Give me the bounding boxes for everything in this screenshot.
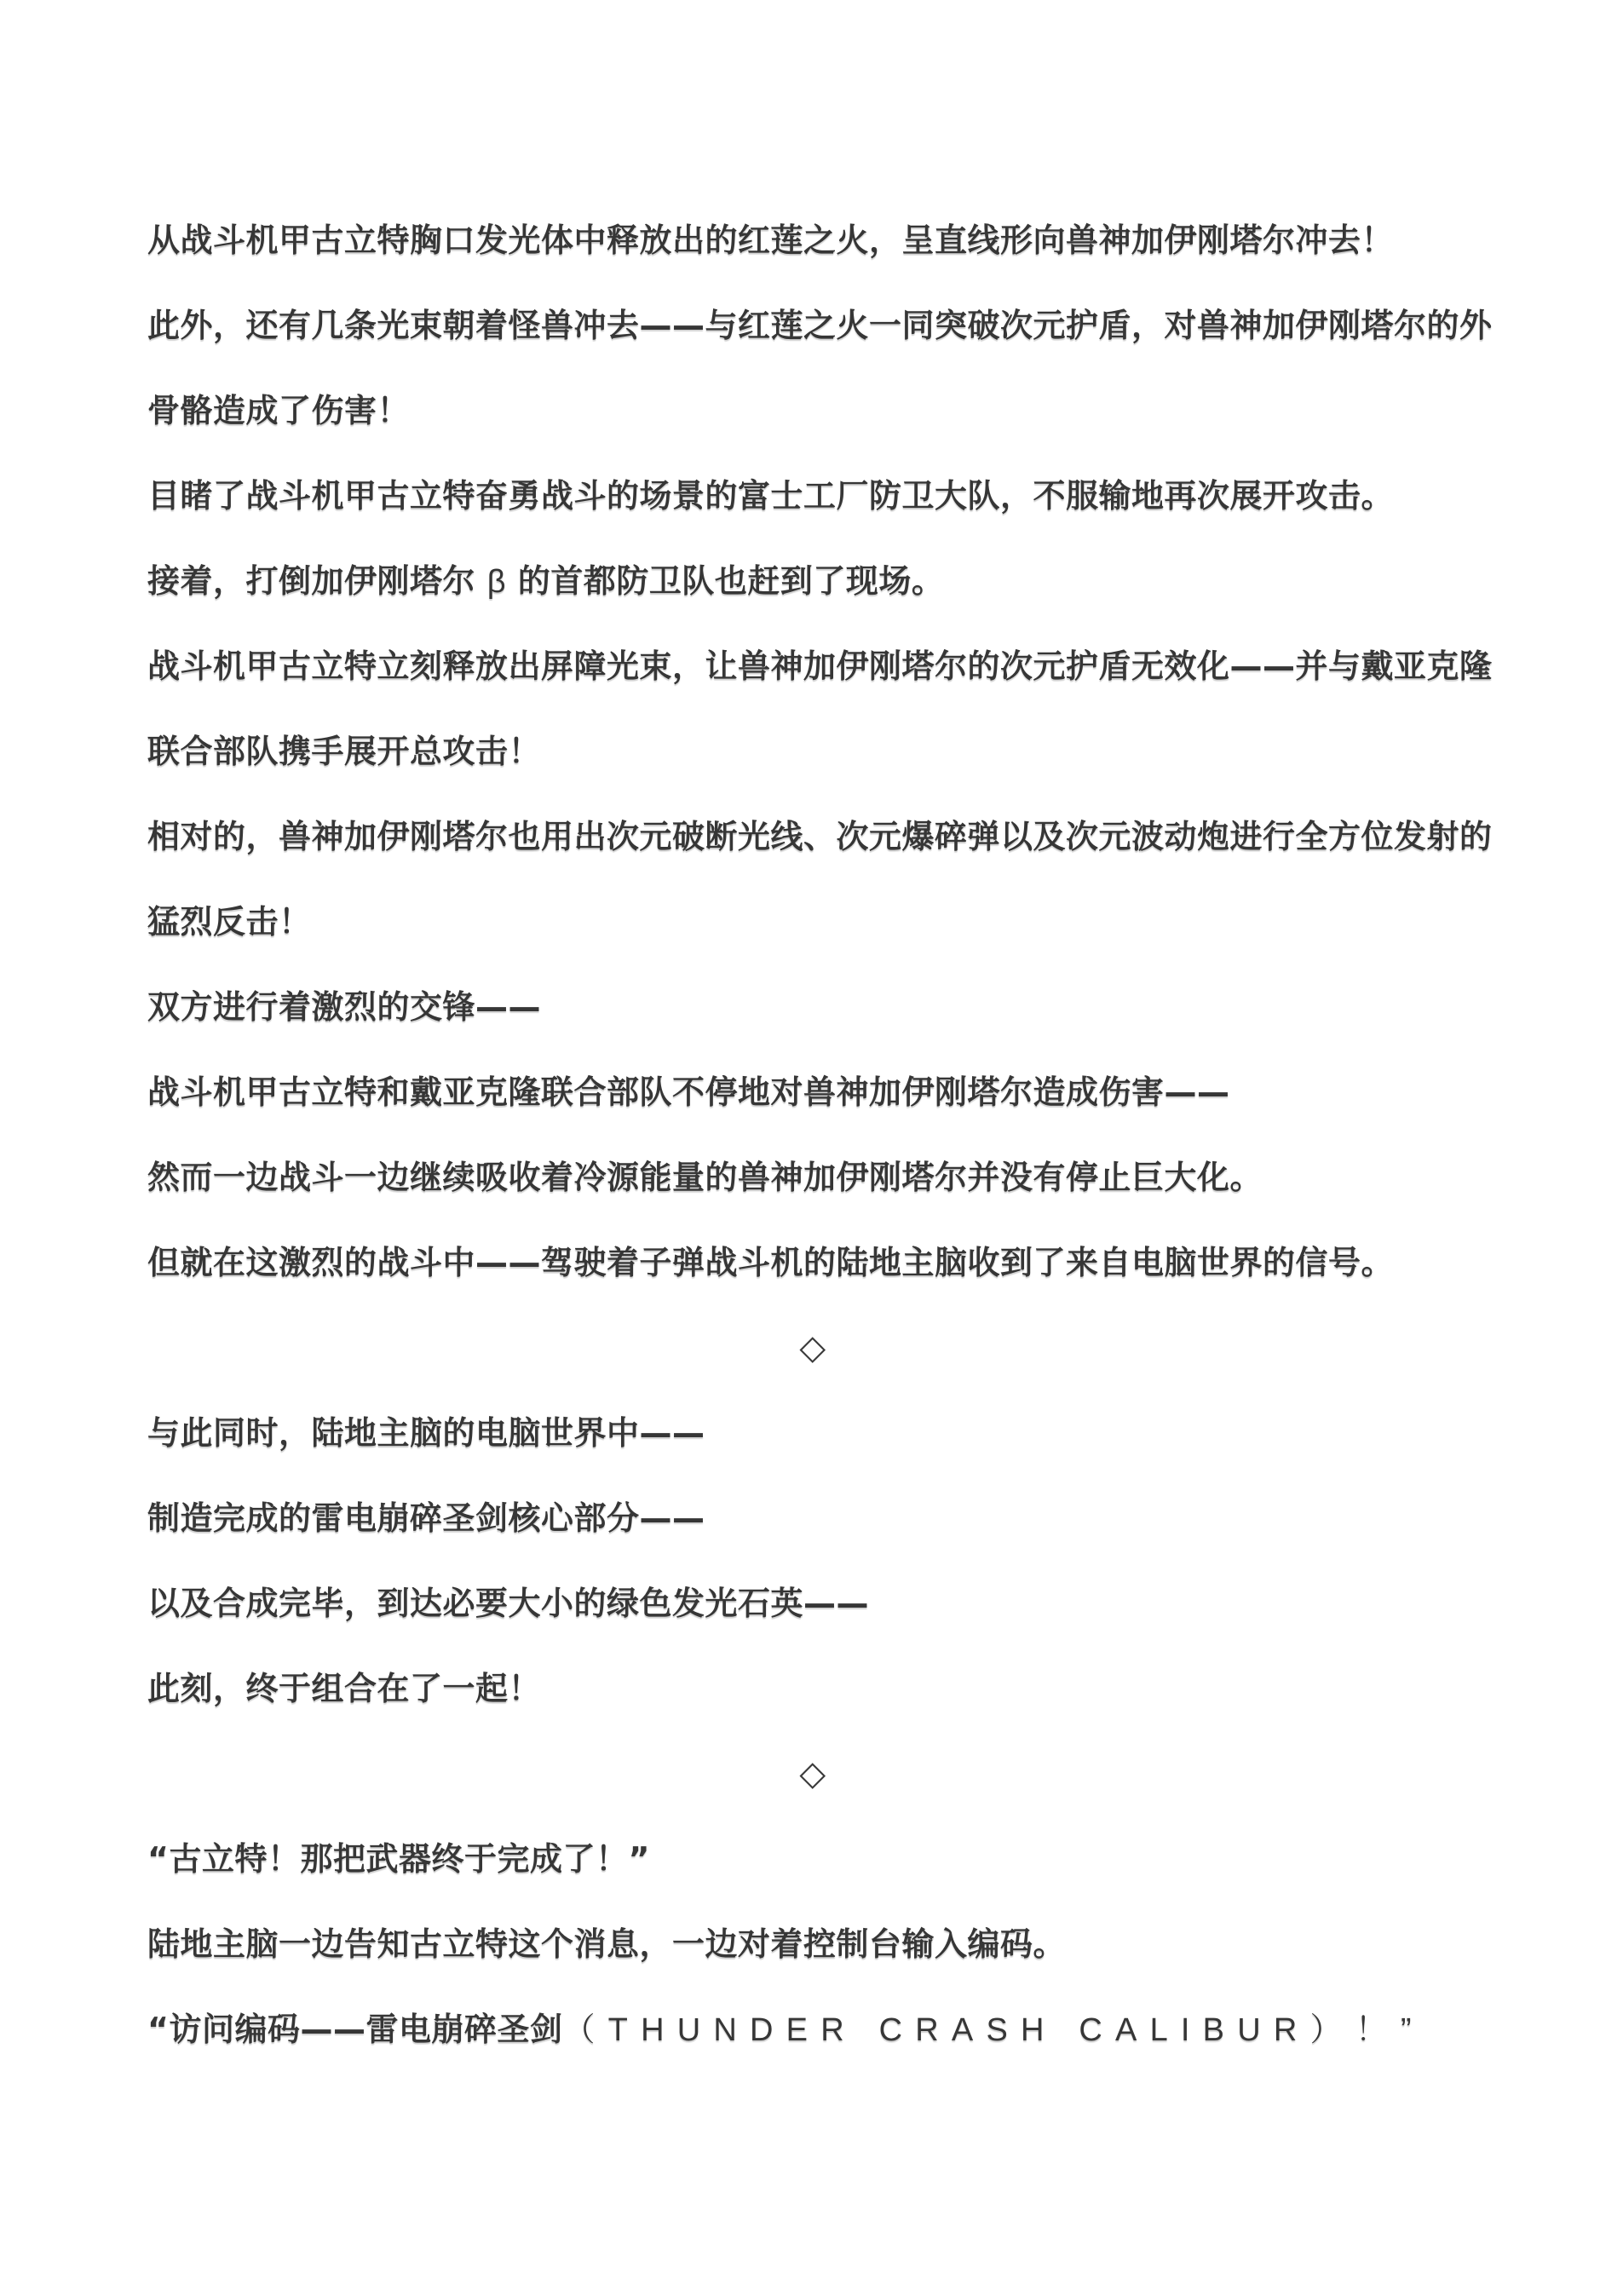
paragraph-line: 猛烈反击！ — [147, 879, 1478, 964]
paragraph-line: 目睹了战斗机甲古立特奋勇战斗的场景的富士工厂防卫大队，不服输地再次展开攻击。 — [147, 453, 1478, 538]
beta-symbol: β — [487, 564, 506, 600]
scene-divider: ◇ — [147, 1305, 1478, 1390]
paragraph-line: 战斗机甲古立特和戴亚克隆联合部队不停地对兽神加伊刚塔尔造成伤害—— — [147, 1050, 1478, 1135]
paragraph-line: 骨骼造成了伤害！ — [147, 368, 1478, 453]
paragraph-line: 此刻，终于组合在了一起！ — [147, 1646, 1478, 1731]
paragraph-line: 战斗机甲古立特立刻释放出屏障光束，让兽神加伊刚塔尔的次元护盾无效化——并与戴亚克… — [147, 624, 1478, 709]
paragraph-line: 此外，还有几条光束朝着怪兽冲去——与红莲之火一同突破次元护盾，对兽神加伊刚塔尔的… — [147, 283, 1478, 368]
diamond-icon: ◇ — [799, 1754, 826, 1793]
paragraph-line: 相对的，兽神加伊刚塔尔也用出次元破断光线、次元爆碎弹以及次元波动炮进行全方位发射… — [147, 794, 1478, 879]
novel-page: 从战斗机甲古立特胸口发光体中释放出的红莲之火，呈直线形向兽神加伊刚塔尔冲去！ 此… — [0, 0, 1623, 2296]
paragraph-line: 联合部队携手展开总攻击！ — [147, 709, 1478, 794]
paragraph-line: 但就在这激烈的战斗中——驾驶着子弹战斗机的陆地主脑收到了来自电脑世界的信号。 — [147, 1220, 1478, 1305]
paragraph-line: 制造完成的雷电崩碎圣剑核心部分—— — [147, 1476, 1478, 1561]
dialogue-line: “古立特！那把武器终于完成了！” — [147, 1816, 1478, 1902]
paragraph-text: 接着，打倒加伊刚塔尔 — [147, 562, 487, 600]
paragraph-line: 接着，打倒加伊刚塔尔 β 的首都防卫队也赶到了现场。 — [147, 538, 1478, 624]
paragraph-line: 从战斗机甲古立特胸口发光体中释放出的红莲之火，呈直线形向兽神加伊刚塔尔冲去！ — [147, 198, 1478, 283]
diamond-icon: ◇ — [799, 1328, 826, 1367]
dialogue-line: “访问编码——雷电崩碎圣剑（THUNDER CRASH CALIBUR）！” — [147, 1987, 1478, 2072]
paragraph-text: “访问编码——雷电崩碎圣剑 — [147, 2011, 562, 2048]
paragraph-line: 然而一边战斗一边继续吸收着冷源能量的兽神加伊刚塔尔并没有停止巨大化。 — [147, 1135, 1478, 1220]
scene-divider: ◇ — [147, 1731, 1478, 1816]
paragraph-line: 以及合成完毕，到达必要大小的绿色发光石英—— — [147, 1561, 1478, 1646]
paragraph-line: 与此同时，陆地主脑的电脑世界中—— — [147, 1390, 1478, 1476]
paragraph-line: 陆地主脑一边告知古立特这个消息，一边对着控制台输入编码。 — [147, 1902, 1478, 1987]
paragraph-text: 的首都防卫队也赶到了现场。 — [506, 562, 944, 600]
english-weapon-name: （THUNDER CRASH CALIBUR）！” — [562, 2012, 1424, 2048]
paragraph-line: 双方进行着激烈的交锋—— — [147, 964, 1478, 1050]
